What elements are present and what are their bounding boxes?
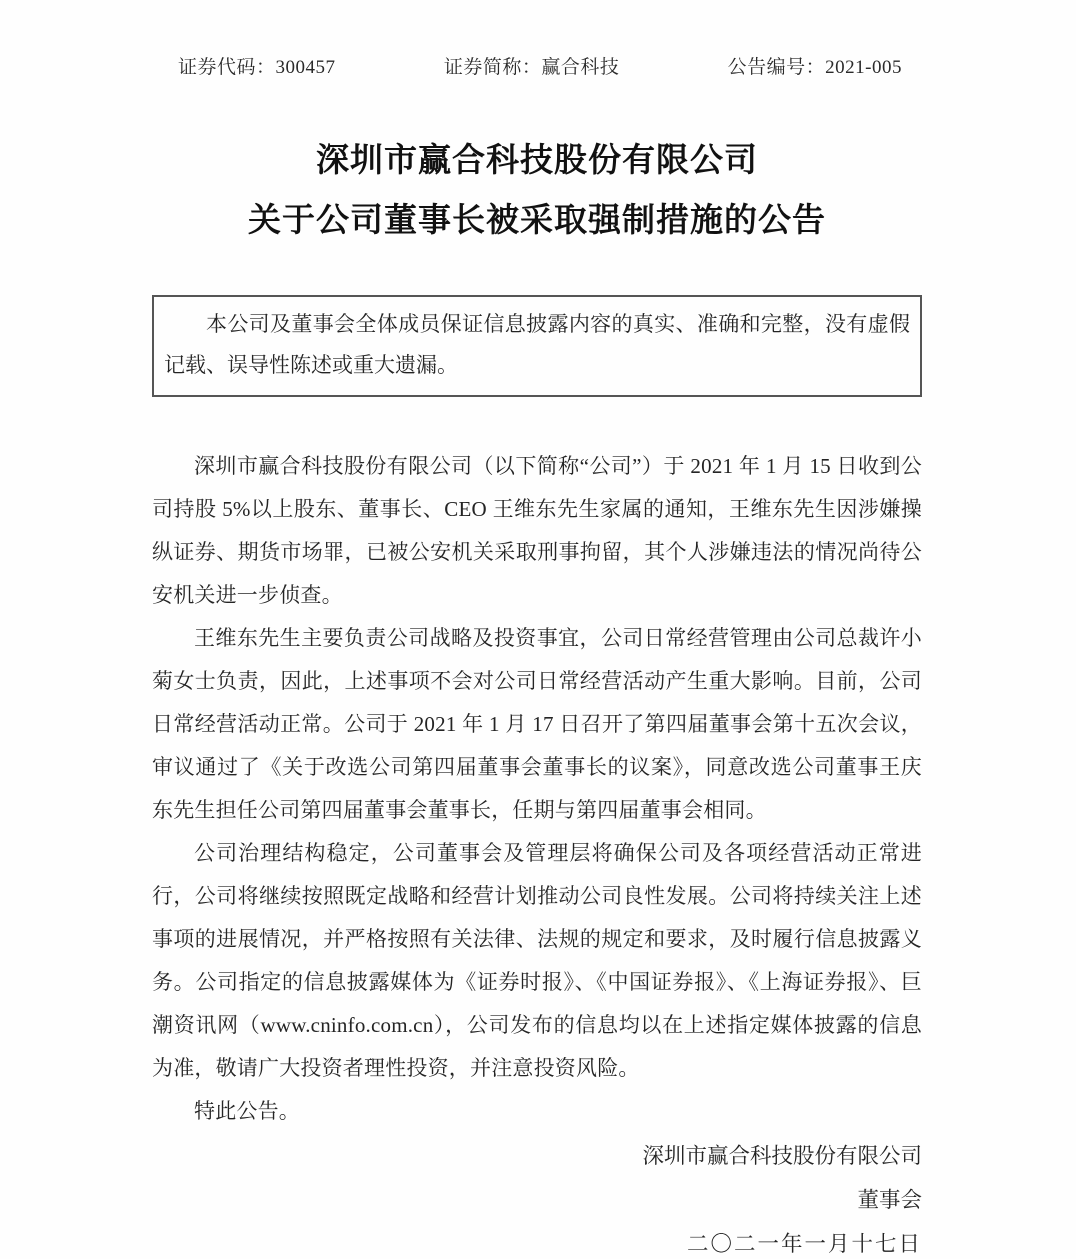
- announcement-document: 证券代码：300457 证券简称：赢合科技 公告编号：2021-005 深圳市赢…: [0, 0, 1076, 1259]
- stock-code-label: 证券代码：: [178, 57, 276, 78]
- body-paragraph-1: 深圳市赢合科技股份有限公司（以下简称“公司”）于 2021 年 1 月 15 日…: [152, 445, 922, 617]
- declaration-text: 本公司及董事会全体成员保证信息披露内容的真实、准确和完整，没有虚假记载、误导性陈…: [164, 304, 910, 386]
- body-paragraph-2: 王维东先生主要负责公司战略及投资事宜，公司日常经营管理由公司总裁许小菊女士负责，…: [152, 617, 922, 832]
- document-body: 深圳市赢合科技股份有限公司（以下简称“公司”）于 2021 年 1 月 15 日…: [152, 445, 922, 1133]
- title-subject: 关于公司董事长被采取强制措施的公告: [152, 191, 922, 251]
- announcement-number: 公告编号：2021-005: [728, 52, 902, 79]
- body-paragraph-closing: 特此公告。: [152, 1090, 922, 1133]
- body-paragraph-3: 公司治理结构稳定，公司董事会及管理层将确保公司及各项经营活动正常进行，公司将继续…: [152, 832, 922, 1090]
- announcement-number-label: 公告编号：: [728, 57, 826, 78]
- signature-block: 深圳市赢合科技股份有限公司 董事会 二〇二一年一月十七日: [152, 1134, 922, 1259]
- stock-code: 证券代码：300457: [178, 52, 336, 79]
- announcement-number-value: 2021-005: [825, 57, 902, 78]
- stock-name-label: 证券简称：: [444, 57, 542, 78]
- page-title: 深圳市赢合科技股份有限公司 关于公司董事长被采取强制措施的公告: [152, 131, 922, 251]
- stock-name-value: 赢合科技: [541, 57, 619, 78]
- signature-company: 深圳市赢合科技股份有限公司: [152, 1134, 922, 1178]
- declaration-box: 本公司及董事会全体成员保证信息披露内容的真实、准确和完整，没有虚假记载、误导性陈…: [152, 295, 922, 397]
- document-header: 证券代码：300457 证券简称：赢合科技 公告编号：2021-005: [152, 52, 922, 79]
- stock-code-value: 300457: [276, 57, 336, 78]
- title-company-name: 深圳市赢合科技股份有限公司: [152, 131, 922, 191]
- signature-signer: 董事会: [152, 1178, 922, 1222]
- signature-date: 二〇二一年一月十七日: [152, 1222, 922, 1259]
- stock-name: 证券简称：赢合科技: [444, 52, 620, 79]
